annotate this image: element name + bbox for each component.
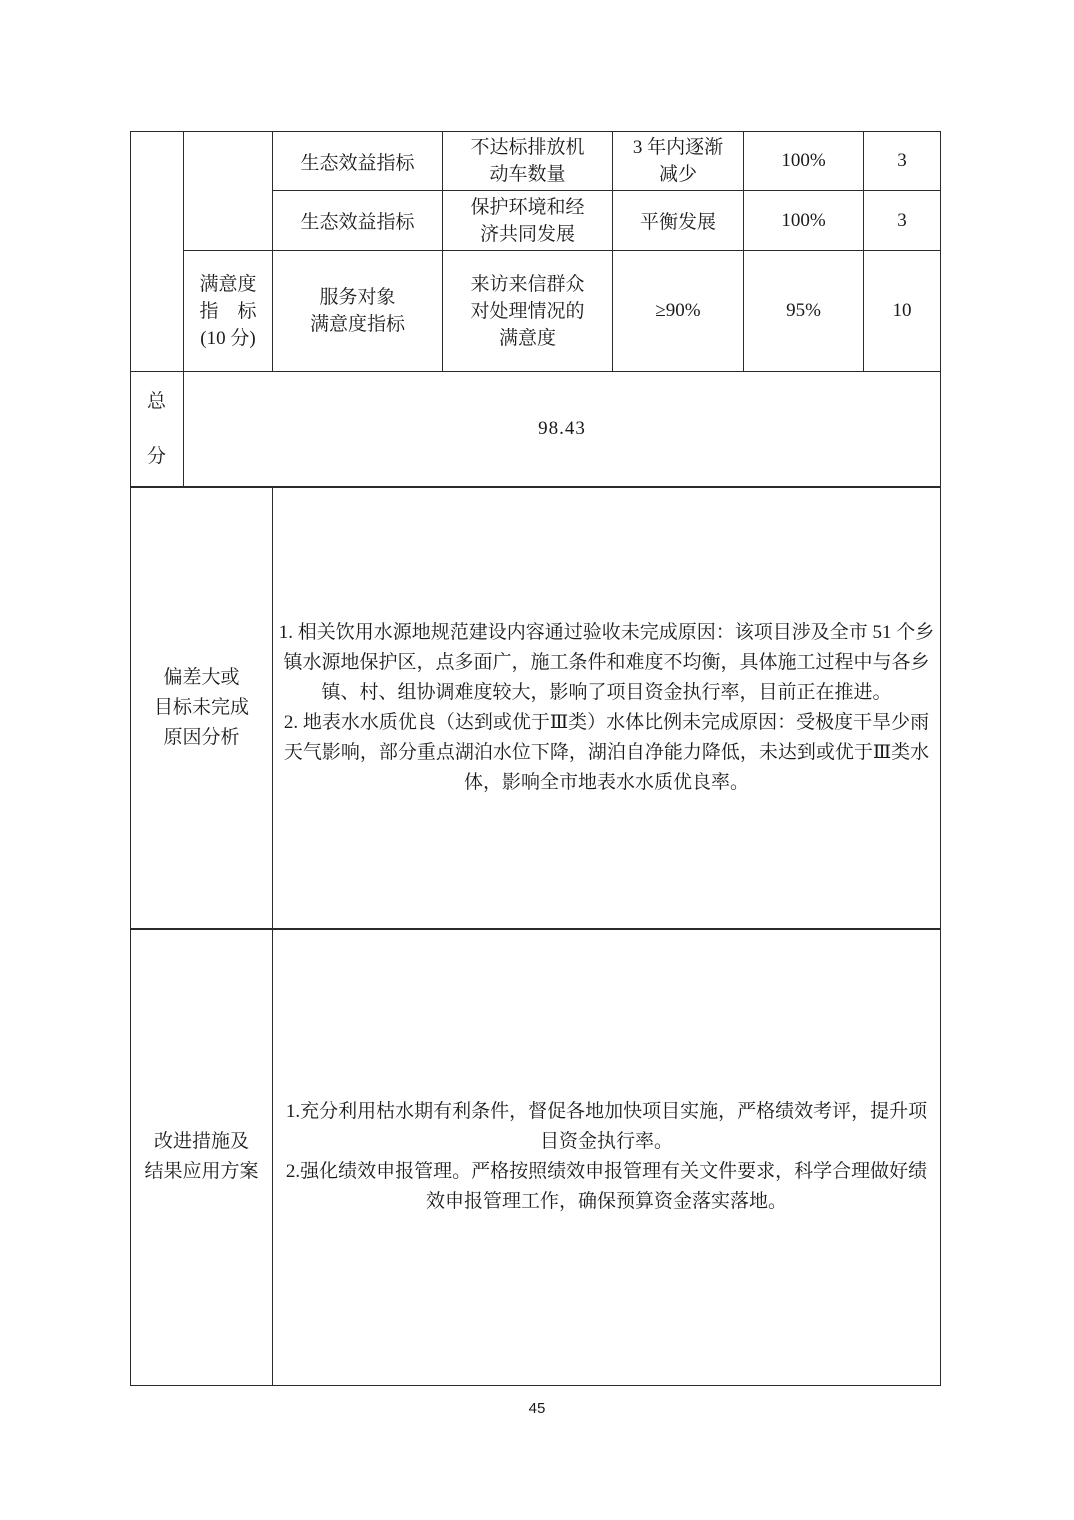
indicator-row-3: 满意度 指 标 (10 分) 服务对象 满意度指标 来访来信群众 对处理情况的 … bbox=[131, 251, 941, 372]
page-number: 45 bbox=[0, 1400, 1074, 1417]
performance-evaluation-table: 生态效益指标 不达标排放机 动车数量 3 年内逐渐 减少 100% 3 生态效益… bbox=[130, 131, 941, 1386]
indicator-actual-value: 95% bbox=[744, 251, 864, 372]
indicator-score: 3 bbox=[864, 132, 941, 191]
improvement-measures-row: 改进措施及 结果应用方案 1.充分利用枯水期有利条件，督促各地加快项目实施，严格… bbox=[131, 929, 941, 1385]
improvement-measures-label: 改进措施及 结果应用方案 bbox=[131, 929, 273, 1385]
indicator-row-1: 生态效益指标 不达标排放机 动车数量 3 年内逐渐 减少 100% 3 bbox=[131, 132, 941, 191]
indicator-type: 生态效益指标 bbox=[273, 191, 443, 251]
deviation-analysis-label: 偏差大或 目标未完成 原因分析 bbox=[131, 487, 273, 929]
deviation-paragraph-2: 2. 地表水水质优良（达到或优于Ⅲ类）水体比例未完成原因：受极度干旱少雨天气影响… bbox=[277, 708, 936, 798]
improvement-measures-content: 1.充分利用枯水期有利条件，督促各地加快项目实施，严格绩效考评，提升项目资金执行… bbox=[273, 929, 941, 1385]
indicator-actual-value: 100% bbox=[744, 191, 864, 251]
indicator-target-value: ≥90% bbox=[613, 251, 744, 372]
total-score-value: 98.43 bbox=[184, 372, 941, 488]
indicator-name: 来访来信群众 对处理情况的 满意度 bbox=[443, 251, 613, 372]
indicator-score: 10 bbox=[864, 251, 941, 372]
subcategory-continuation-cell bbox=[184, 132, 273, 251]
performance-evaluation-table-wrap: 生态效益指标 不达标排放机 动车数量 3 年内逐渐 减少 100% 3 生态效益… bbox=[130, 131, 941, 1386]
improvement-paragraph-1: 1.充分利用枯水期有利条件，督促各地加快项目实施，严格绩效考评，提升项目资金执行… bbox=[277, 1097, 936, 1157]
indicator-type: 服务对象 满意度指标 bbox=[273, 251, 443, 372]
indicator-type: 生态效益指标 bbox=[273, 132, 443, 191]
indicator-target-value: 平衡发展 bbox=[613, 191, 744, 251]
satisfaction-subcategory-label: 满意度 指 标 (10 分) bbox=[184, 251, 273, 372]
deviation-analysis-row: 偏差大或 目标未完成 原因分析 1. 相关饮用水源地规范建设内容通过验收未完成原… bbox=[131, 487, 941, 929]
indicator-actual-value: 100% bbox=[744, 132, 864, 191]
total-score-label: 总 分 bbox=[131, 372, 184, 488]
indicator-name: 不达标排放机 动车数量 bbox=[443, 132, 613, 191]
category-continuation-cell bbox=[131, 132, 184, 372]
indicator-score: 3 bbox=[864, 191, 941, 251]
improvement-paragraph-2: 2.强化绩效申报管理。严格按照绩效申报管理有关文件要求，科学合理做好绩效申报管理… bbox=[277, 1157, 936, 1217]
indicator-name: 保护环境和经 济共同发展 bbox=[443, 191, 613, 251]
indicator-target-value: 3 年内逐渐 减少 bbox=[613, 132, 744, 191]
deviation-paragraph-1: 1. 相关饮用水源地规范建设内容通过验收未完成原因：该项目涉及全市 51 个乡镇… bbox=[277, 618, 936, 708]
total-score-row: 总 分 98.43 bbox=[131, 372, 941, 488]
deviation-analysis-content: 1. 相关饮用水源地规范建设内容通过验收未完成原因：该项目涉及全市 51 个乡镇… bbox=[273, 487, 941, 929]
